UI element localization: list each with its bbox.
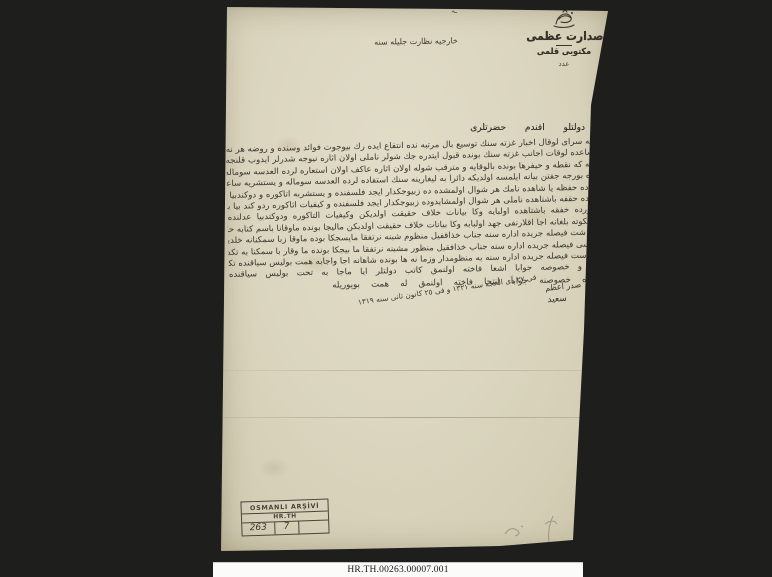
handwritten-lines: بو سنه سراى لوقال اخبار غزته سنك توسيع ب… [226, 136, 612, 282]
letterhead-divider [556, 45, 572, 46]
letterhead-subtitle: مكتوبى قلمى [524, 47, 604, 57]
letterhead: دائرهٔ صدارت عظمى مكتوبى قلمى عدد [522, 8, 606, 68]
tughra-icon [549, 8, 579, 30]
signature-name: سعيد [538, 293, 575, 306]
addressee-line: خارجيه نظارت جليله سنه [347, 36, 485, 47]
reference-number: HR.TH.00263.00007.001 [213, 563, 583, 577]
reference-caption-bar: HR.TH.00263.00007.001 [213, 562, 583, 577]
handwritten-body: بو سنه سراى لوقال اخبار غزته سنك توسيع ب… [226, 136, 612, 294]
archive-scan-view: دائرهٔ صدارت عظمى مكتوبى قلمى عدد ـہ خار… [0, 0, 772, 577]
letterhead-title: دائرهٔ صدارت عظمى [526, 30, 602, 43]
fold-crease [219, 370, 611, 371]
fold-crease [219, 417, 611, 418]
stamp-empty-cell [299, 520, 329, 533]
paper-stain [259, 458, 289, 478]
greeting-line: دولتلو افندم حضرتلرى [470, 123, 585, 133]
document-paper: دائرهٔ صدارت عظمى مكتوبى قلمى عدد ـہ خار… [219, 6, 611, 553]
stamp-dossier-number: 263 [242, 522, 275, 535]
stamp-item-number: 7 [275, 521, 299, 534]
archive-stamp: OSMANLI ARŞİVİ HR.TH 263 7 [240, 498, 329, 536]
stamp-number-row: 263 7 [242, 520, 328, 535]
signature-title: صدر اعظم [544, 280, 581, 293]
letterhead-number-label: عدد [522, 60, 606, 68]
signature-block: صدر اعظم سعيد [545, 282, 581, 304]
